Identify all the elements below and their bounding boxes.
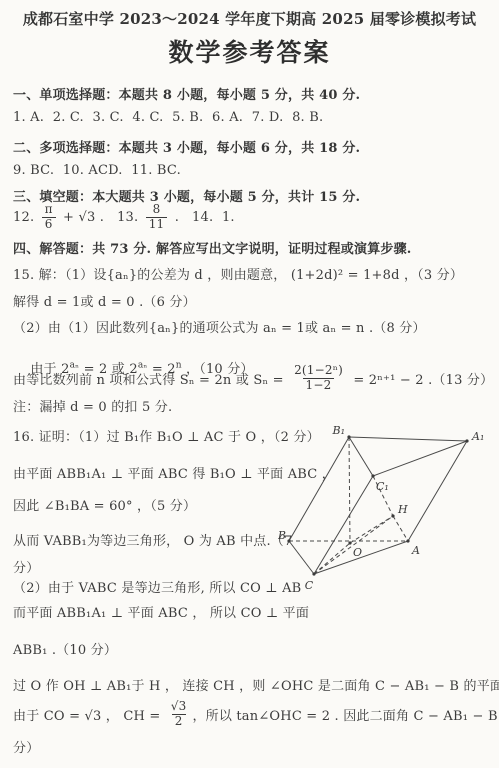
section1-answers: 1. A. 2. C. 3. C. 4. C. 5. B. 6. A. 7. D…: [13, 110, 323, 125]
segment-CO: [314, 543, 350, 574]
section4-heading: 四、解答题：共 73 分. 解答应写出文字说明，证明过程或演算步骤.: [13, 238, 412, 257]
dot-B1: [347, 435, 350, 438]
edge-B1C1: [349, 437, 373, 476]
section1-heading: 一、单项选择题：本题共 8 小题，每小题 5 分，共 40 分.: [13, 84, 360, 103]
q16-l9-pre: 由于 CO = √3 ， CH =: [13, 705, 165, 724]
question12-14-answers: 12. π 6 + √3 . 13. 8 11 . 14. 1.: [13, 203, 235, 232]
dot-B: [287, 539, 290, 542]
label-C1: C₁: [376, 480, 389, 493]
segment-HA: [393, 516, 408, 541]
dot-C: [312, 572, 315, 575]
q15-line3: （2）由（1）因此数列{aₙ}的通项公式为 aₙ = 1或 aₙ = n .（8…: [13, 317, 426, 336]
section2-answers: 9. BC. 10. ACD. 11. BC.: [13, 163, 181, 178]
label-C: C: [305, 579, 314, 592]
label-A1: A₁: [471, 430, 484, 443]
q16-line7: ABB₁ .（10 分）: [13, 639, 117, 658]
prism-hidden-edges: [289, 437, 408, 574]
edge-BC: [289, 541, 314, 574]
q15-line5: 由等比数列前 n 项和公式得 Sₙ = 2n 或 Sₙ = 2(1−2ⁿ) 1−…: [13, 364, 493, 393]
prism-solid-edges: [289, 437, 467, 574]
q16-line8: 过 O 作 OH ⊥ AB₁于 H ， 连接 CH ，则 ∠OHC 是二面角 C…: [13, 675, 499, 694]
edge-A1A: [408, 441, 467, 541]
edge-B1B: [289, 437, 349, 541]
q16-line4: 从而 VABB₁为等边三角形， O 为 AB 中点.（7: [13, 530, 292, 549]
fraction-pi-over-6: π 6: [42, 203, 56, 232]
edge-C1A1: [373, 441, 467, 476]
fraction-sqrt3-over-2: √3 2: [168, 700, 190, 729]
fraction-8-over-11: 8 11: [146, 203, 168, 232]
q15-l5-pre: 由等比数列前 n 项和公式得 Sₙ = 2n 或 Sₙ =: [13, 369, 288, 388]
q12-rest: + √3 . 13.: [59, 210, 143, 225]
edge-C1C: [314, 476, 373, 574]
vertex-dots: [287, 435, 468, 575]
dot-O: [348, 541, 351, 544]
edge-B1A1: [349, 437, 467, 441]
q16-l9-post: ，所以 tan∠OHC = 2 . 因此二面角 C − AB₁ − B 的正切值…: [192, 705, 499, 724]
dot-H: [391, 514, 394, 517]
exam-header: 成都石室中学 2023～2024 学年度下期高 2025 届零诊模拟考试: [0, 8, 499, 29]
label-O: O: [353, 546, 362, 559]
segment-B1O: [349, 437, 350, 543]
q12-label: 12.: [13, 210, 39, 225]
label-B: B: [278, 529, 286, 542]
q16-line5: （2）由于 VABC 是等边三角形, 所以 CO ⊥ AB: [13, 577, 301, 596]
q16-line3: 因此 ∠B₁BA = 60° ，（5 分）: [13, 495, 196, 514]
q16-line4-wrap: 分）: [13, 557, 39, 576]
q16-line9: 由于 CO = √3 ， CH = √3 2 ，所以 tan∠OHC = 2 .…: [13, 700, 499, 729]
answer-sheet-page: 成都石室中学 2023～2024 学年度下期高 2025 届零诊模拟考试 数学参…: [0, 0, 499, 768]
dot-A: [406, 539, 409, 542]
dot-C1: [371, 474, 374, 477]
q16-line9-wrap: 分）: [13, 737, 39, 756]
q14-answer: . 14. 1.: [170, 210, 234, 225]
q15-note: 注：漏掉 d = 0 的扣 5 分.: [13, 396, 172, 415]
q16-line1: 16. 证明：（1）过 B₁作 B₁O ⊥ AC 于 O ，（2 分）: [13, 426, 320, 445]
q16-line6: 而平面 ABB₁A₁ ⊥ 平面 ABC ， 所以 CO ⊥ 平面: [13, 602, 309, 621]
q15-line1: 15. 解：（1）设{aₙ}的公差为 d ，则由题意， (1+2d)² = 1+…: [13, 264, 463, 283]
prism-figure: B₁ A₁ C₁ H B O A C: [278, 420, 499, 625]
label-A: A: [411, 544, 420, 557]
q15-line2: 解得 d = 1或 d = 0 .（6 分）: [13, 291, 196, 310]
segment-OH: [350, 516, 393, 543]
dot-A1: [465, 439, 468, 442]
label-B1: B₁: [332, 424, 346, 437]
fraction-geometric-sum: 2(1−2ⁿ) 1−2: [291, 364, 346, 393]
label-H: H: [397, 503, 408, 516]
section2-heading: 二、多项选择题：本题共 3 小题，每小题 6 分，共 18 分.: [13, 137, 360, 156]
page-title: 数学参考答案: [0, 33, 499, 69]
q15-l5-post: = 2ⁿ⁺¹ − 2 .（13 分）: [349, 369, 493, 388]
segment-CH: [314, 516, 393, 574]
